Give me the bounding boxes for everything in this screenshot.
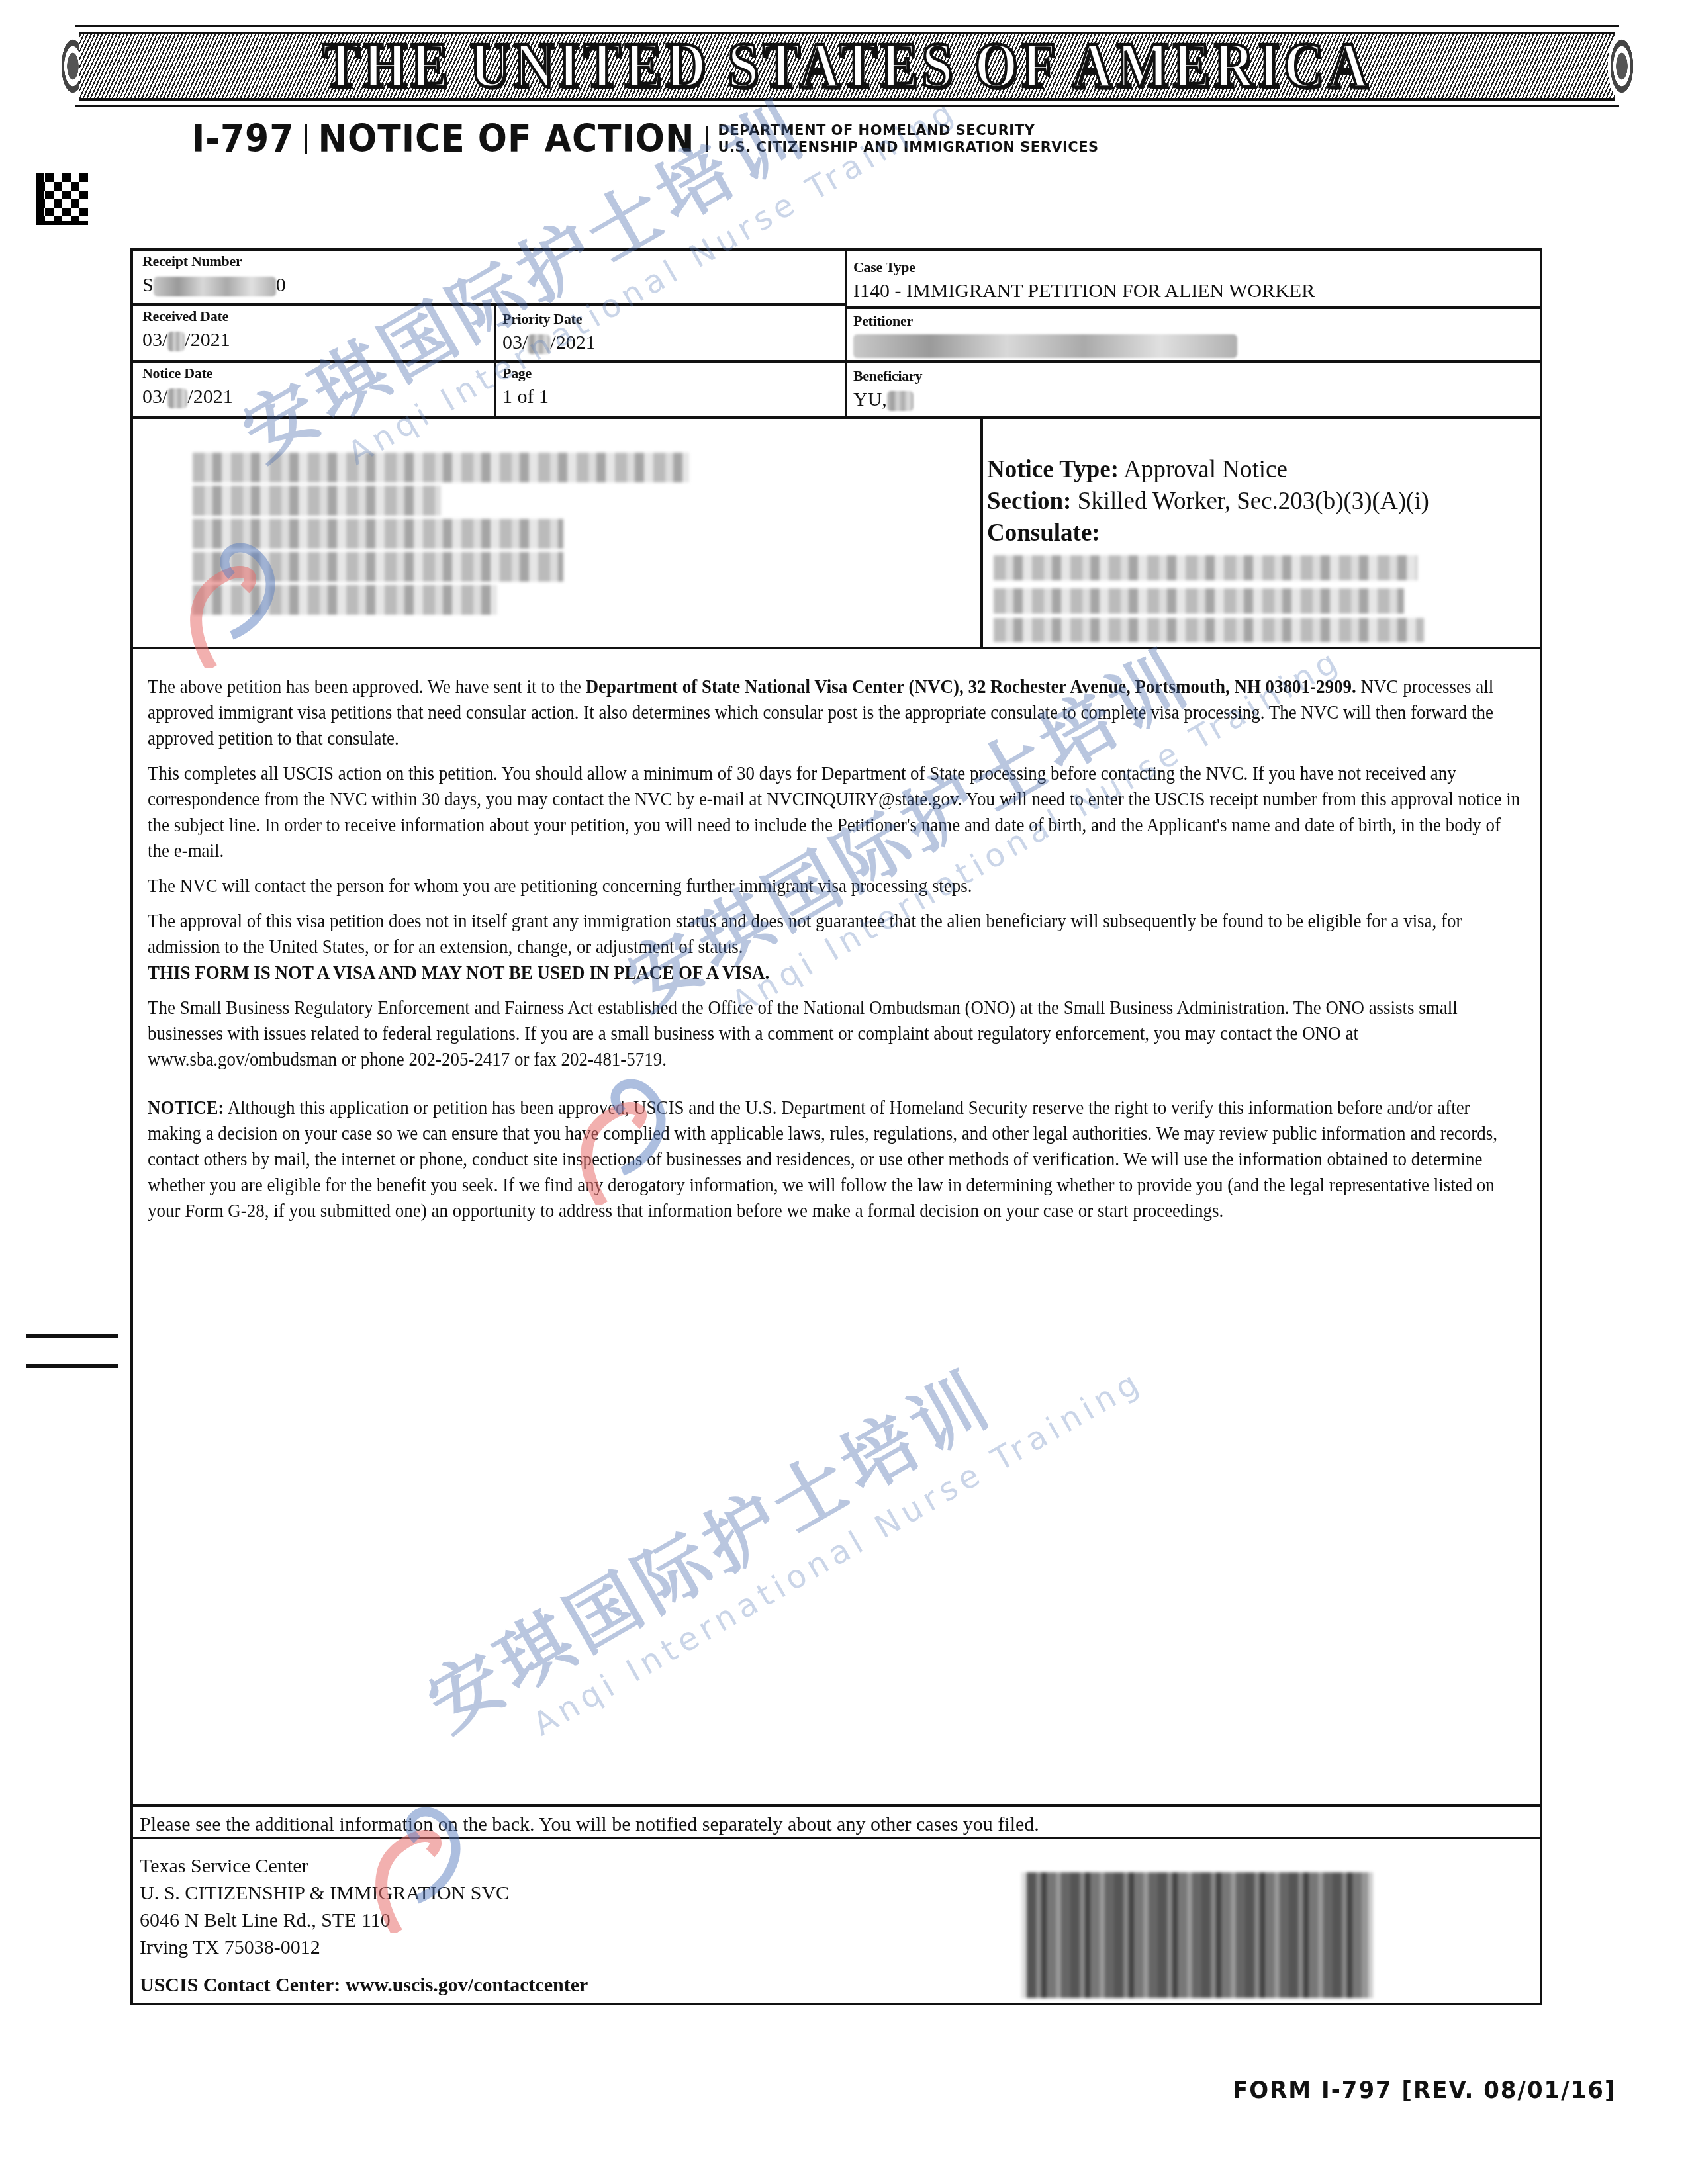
redacted-text: [167, 388, 187, 408]
department-name: DEPARTMENT OF HOMELAND SECURITY: [718, 122, 1099, 139]
redacted-consulate-line: [994, 588, 1404, 614]
redacted-text: [154, 277, 276, 296]
priority-date-label: Priority Date: [502, 310, 596, 328]
not-a-visa-warning: THIS FORM IS NOT A VISA AND MAY NOT BE U…: [148, 960, 1524, 986]
petitioner-value: [853, 334, 1237, 358]
receipt-number-prefix: S: [142, 274, 154, 296]
divider: [706, 126, 708, 152]
divider: [133, 416, 1542, 419]
notice-label: NOTICE:: [148, 1097, 224, 1118]
notice-body: The above petition has been approved. We…: [148, 674, 1428, 1234]
text: Although this application or petition ha…: [148, 1097, 1497, 1222]
additional-info-note: Please see the additional information on…: [140, 1813, 1039, 1837]
received-date-field: Received Date 03//2021: [142, 308, 230, 351]
date-suffix: /2021: [185, 329, 230, 351]
redacted-text: [887, 391, 914, 411]
receipt-number-value: S0: [142, 274, 286, 296]
address-line: Texas Service Center: [140, 1852, 588, 1880]
case-type-field: Case Type I140 - IMMIGRANT PETITION FOR …: [853, 259, 1315, 302]
notice-date-label: Notice Date: [142, 365, 233, 382]
redacted-text: [853, 334, 1237, 358]
divider: [980, 416, 983, 647]
form-title: NOTICE OF ACTION: [318, 117, 694, 161]
form-id: I-797: [192, 117, 294, 161]
redacted-barcode-icon: [1021, 1872, 1373, 1998]
paragraph-notice: NOTICE: Although this application or pet…: [148, 1095, 1524, 1224]
paragraph-approval-disclaimer: The approval of this visa petition does …: [148, 909, 1524, 986]
notice-type: Notice Type: Approval Notice: [987, 454, 1429, 486]
petitioner-label: Petitioner: [853, 312, 1237, 330]
form-revision: FORM I-797 [REV. 08/01/16]: [1233, 2076, 1617, 2104]
receipt-number-label: Receipt Number: [142, 253, 286, 270]
paragraph-ombudsman: The Small Business Regulatory Enforcemen…: [148, 995, 1524, 1073]
paragraph-nvc-sent: The above petition has been approved. We…: [148, 674, 1524, 752]
banner: THE UNITED STATES OF AMERICA: [53, 20, 1642, 113]
redacted-text: [528, 334, 550, 354]
notice-summary: Notice Type: Approval Notice Section: Sk…: [987, 454, 1429, 549]
divider: [305, 124, 307, 154]
banner-title: THE UNITED STATES OF AMERICA: [93, 34, 1602, 99]
redacted-address-line: [193, 552, 563, 582]
datamatrix-barcode-icon: [36, 173, 88, 225]
redacted-consulate-line: [994, 618, 1424, 642]
form-header: I-797 NOTICE OF ACTION DEPARTMENT OF HOM…: [192, 119, 1099, 159]
text: The above petition has been approved. We…: [148, 676, 586, 698]
margin-mark: [26, 1334, 118, 1338]
section-value: Skilled Worker, Sec.203(b)(3)(A)(i): [1078, 488, 1429, 515]
redacted-address-line: [193, 519, 563, 549]
receipt-number-field: Receipt Number S0: [142, 253, 286, 296]
paragraph-uscis-complete: This completes all USCIS action on this …: [148, 761, 1524, 864]
date-suffix: /2021: [187, 386, 232, 408]
receipt-number-suffix: 0: [276, 274, 286, 296]
page-label: Page: [502, 365, 549, 382]
beneficiary-value: YU,: [853, 388, 922, 411]
received-date-label: Received Date: [142, 308, 230, 325]
notice-section: Section: Skilled Worker, Sec.203(b)(3)(A…: [987, 486, 1429, 518]
redacted-address-line: [193, 585, 497, 615]
received-date-value: 03//2021: [142, 329, 230, 351]
case-type-value: I140 - IMMIGRANT PETITION FOR ALIEN WORK…: [853, 280, 1315, 302]
petitioner-field: Petitioner: [853, 312, 1237, 358]
divider: [133, 303, 845, 306]
address-line: U. S. CITIZENSHIP & IMMIGRATION SVC: [140, 1880, 588, 1907]
notice-consulate: Consulate:: [987, 518, 1429, 549]
divider: [133, 647, 1542, 649]
redacted-consulate-line: [994, 555, 1417, 580]
section-label: Section:: [987, 488, 1071, 515]
department-block: DEPARTMENT OF HOMELAND SECURITY U.S. CIT…: [718, 122, 1099, 156]
date-prefix: 03/: [142, 386, 167, 408]
divider: [133, 360, 1542, 363]
beneficiary-label: Beneficiary: [853, 367, 922, 385]
banner-ornament-right-icon: [1602, 20, 1642, 113]
notice-type-label: Notice Type:: [987, 456, 1119, 483]
divider: [133, 1837, 1542, 1839]
address-line: Irving TX 75038-0012: [140, 1934, 588, 1961]
redacted-text: [167, 332, 185, 351]
address-line: 6046 N Belt Line Rd., STE 110: [140, 1907, 588, 1934]
page-value: 1 of 1: [502, 386, 549, 408]
priority-date-field: Priority Date 03//2021: [502, 310, 596, 354]
date-prefix: 03/: [502, 332, 528, 353]
divider: [133, 1804, 1542, 1807]
paragraph-nvc-contact: The NVC will contact the person for whom…: [148, 874, 1524, 899]
nvc-address: Department of State National Visa Center…: [586, 676, 1356, 698]
uscis-contact-center: USCIS Contact Center: www.uscis.gov/cont…: [140, 1972, 588, 1999]
redacted-address-line: [193, 486, 441, 516]
priority-date-value: 03//2021: [502, 332, 596, 354]
case-type-label: Case Type: [853, 259, 1315, 276]
text: The approval of this visa petition does …: [148, 911, 1462, 958]
redacted-address-line: [193, 453, 689, 482]
beneficiary-field: Beneficiary YU,: [853, 367, 922, 411]
date-prefix: 03/: [142, 329, 167, 351]
date-suffix: /2021: [550, 332, 595, 353]
notice-type-value: Approval Notice: [1123, 456, 1288, 483]
divider: [845, 251, 847, 416]
notice-form: Receipt Number S0 Case Type I140 - IMMIG…: [130, 248, 1542, 2005]
notice-date-value: 03//2021: [142, 386, 233, 408]
service-center-address: Texas Service Center U. S. CITIZENSHIP &…: [140, 1852, 588, 1999]
page-field: Page 1 of 1: [502, 365, 549, 408]
beneficiary-prefix: YU,: [853, 388, 887, 410]
notice-date-field: Notice Date 03//2021: [142, 365, 233, 408]
consulate-label: Consulate:: [987, 520, 1100, 547]
divider: [494, 303, 496, 416]
agency-name: U.S. CITIZENSHIP AND IMMIGRATION SERVICE…: [718, 139, 1099, 156]
divider: [845, 306, 1542, 309]
margin-mark: [26, 1364, 118, 1368]
